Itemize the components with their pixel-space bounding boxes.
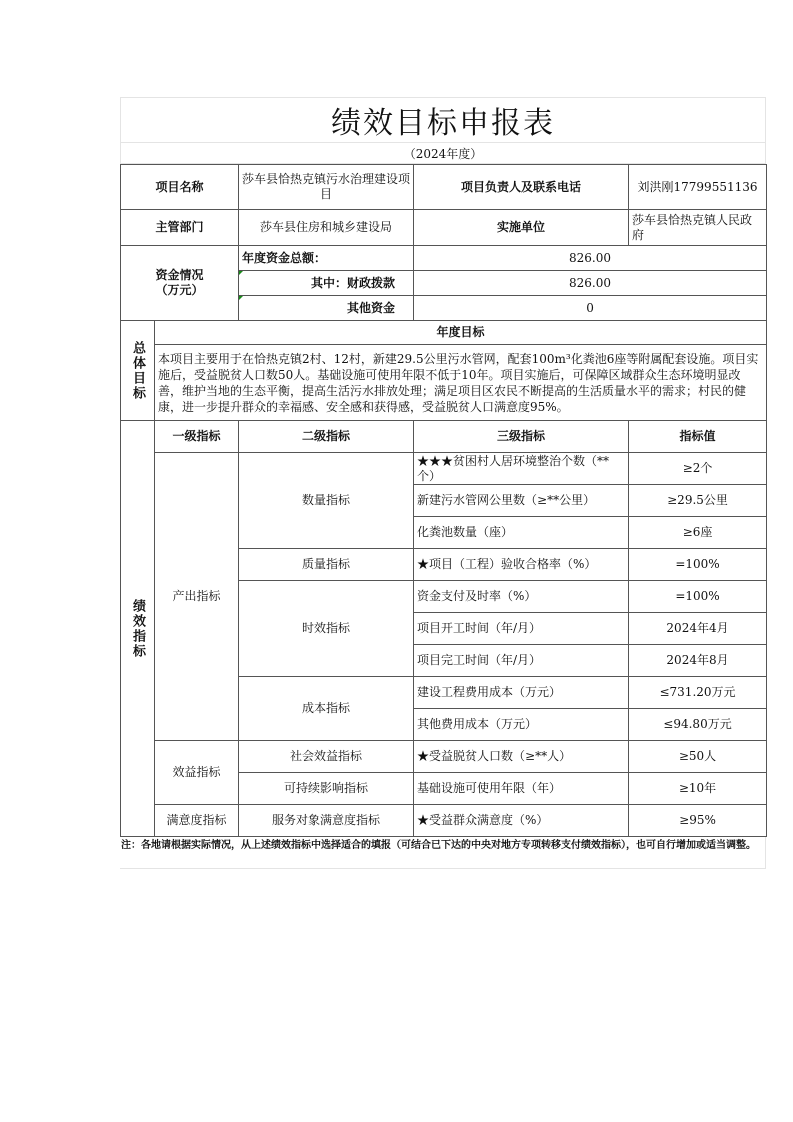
dept-row: 主管部门 莎车县住房和城乡建设局 实施单位 莎车县恰热克镇人民政府: [121, 210, 767, 246]
col-level3: 三级指标: [414, 421, 629, 453]
goal-text[interactable]: 本项目主要用于在恰热克镇2村、12村，新建29.5公里污水管网，配套100m³化…: [155, 345, 767, 421]
indicator-value[interactable]: 2024年8月: [629, 645, 767, 677]
indicator-header-row: 绩效指标 一级指标 二级指标 三级指标 指标值: [121, 421, 767, 453]
col-level2: 二级指标: [239, 421, 414, 453]
project-name-label: 项目名称: [121, 165, 239, 210]
indicator-name: 新建污水管网公里数（≥**公里）: [414, 485, 629, 517]
indicator-value[interactable]: ≥6座: [629, 517, 767, 549]
indicator-value[interactable]: ≥29.5公里: [629, 485, 767, 517]
indicator-value[interactable]: ≤94.80万元: [629, 709, 767, 741]
table-row: 满意度指标 服务对象满意度指标 ★受益群众满意度（%） ≥95%: [121, 805, 767, 837]
fund-fiscal-label: 其中：财政拨款: [239, 271, 414, 296]
indicator-value[interactable]: ≥10年: [629, 773, 767, 805]
project-row: 项目名称 莎车县恰热克镇污水治理建设项目 项目负责人及联系电话 刘洪刚17799…: [121, 165, 767, 210]
funds-label-text: 资金情况（万元）: [150, 268, 210, 298]
contact-value[interactable]: 刘洪刚17799551136: [629, 165, 767, 210]
level2-quantity: 数量指标: [239, 453, 414, 549]
indicator-name: 资金支付及时率（%）: [414, 581, 629, 613]
title-cell: 绩效目标申报表: [120, 97, 766, 142]
form-year: （2024年度）: [404, 145, 483, 162]
level1-output: 产出指标: [155, 453, 239, 741]
impl-value[interactable]: 莎车县恰热克镇人民政府: [629, 210, 767, 246]
goal-header: 年度目标: [155, 321, 767, 345]
indicator-name: 其他费用成本（万元）: [414, 709, 629, 741]
indicator-name: 化粪池数量（座）: [414, 517, 629, 549]
level1-satisfaction: 满意度指标: [155, 805, 239, 837]
funds-label: 资金情况（万元）: [121, 246, 239, 321]
level1-benefit: 效益指标: [155, 741, 239, 805]
indicator-name: 建设工程费用成本（万元）: [414, 677, 629, 709]
indicator-name: 基础设施可使用年限（年）: [414, 773, 629, 805]
table-row: 产出指标 数量指标 ★★★贫困村人居环境整治个数（**个） ≥2个: [121, 453, 767, 485]
indicator-name: ★★★贫困村人居环境整治个数（**个）: [414, 453, 629, 485]
indicator-value[interactable]: ≥2个: [629, 453, 767, 485]
level2-service-satisfaction: 服务对象满意度指标: [239, 805, 414, 837]
indicator-side-text: 绩效指标: [130, 599, 145, 659]
dept-value[interactable]: 莎车县住房和城乡建设局: [239, 210, 414, 246]
level2-quality: 质量指标: [239, 549, 414, 581]
goal-text-row: 本项目主要用于在恰热克镇2村、12村，新建29.5公里污水管网，配套100m³化…: [121, 345, 767, 421]
indicator-value[interactable]: =100%: [629, 581, 767, 613]
indicator-name: ★项目（工程）验收合格率（%）: [414, 549, 629, 581]
fund-total-row: 资金情况（万元） 年度资金总额： 826.00: [121, 246, 767, 271]
goal-side-text: 总体目标: [130, 341, 145, 401]
fund-fiscal-value[interactable]: 826.00: [414, 271, 767, 296]
indicator-value[interactable]: ≥95%: [629, 805, 767, 837]
indicator-name: ★受益脱贫人口数（≥**人）: [414, 741, 629, 773]
indicator-name: 项目开工时间（年/月）: [414, 613, 629, 645]
fund-total-label: 年度资金总额：: [239, 246, 414, 271]
footnote: 注：各地请根据实际情况，从上述绩效指标中选择适合的填报（可结合已下达的中央对地方…: [120, 837, 766, 869]
level2-timeliness: 时效指标: [239, 581, 414, 677]
level2-cost: 成本指标: [239, 677, 414, 741]
level2-sustainable: 可持续影响指标: [239, 773, 414, 805]
indicator-value[interactable]: ≥50人: [629, 741, 767, 773]
performance-goal-form: 绩效目标申报表 （2024年度） 项目名称 莎车县恰热克镇污水治理建设项目 项目…: [120, 97, 766, 869]
project-name-value[interactable]: 莎车县恰热克镇污水治理建设项目: [239, 165, 414, 210]
goal-header-row: 总体目标 年度目标: [121, 321, 767, 345]
level2-social: 社会效益指标: [239, 741, 414, 773]
form-title: 绩效目标申报表: [331, 98, 555, 142]
indicator-side-label: 绩效指标: [121, 421, 155, 837]
indicator-value[interactable]: =100%: [629, 549, 767, 581]
col-level1: 一级指标: [155, 421, 239, 453]
indicator-name: ★受益群众满意度（%）: [414, 805, 629, 837]
indicator-name: 项目完工时间（年/月）: [414, 645, 629, 677]
contact-label: 项目负责人及联系电话: [414, 165, 629, 210]
fund-total-value[interactable]: 826.00: [414, 246, 767, 271]
indicator-value[interactable]: 2024年4月: [629, 613, 767, 645]
fund-other-value[interactable]: 0: [414, 296, 767, 321]
impl-label: 实施单位: [414, 210, 629, 246]
dept-label: 主管部门: [121, 210, 239, 246]
col-value: 指标值: [629, 421, 767, 453]
form-table: 项目名称 莎车县恰热克镇污水治理建设项目 项目负责人及联系电话 刘洪刚17799…: [120, 164, 767, 837]
table-row: 效益指标 社会效益指标 ★受益脱贫人口数（≥**人） ≥50人: [121, 741, 767, 773]
subtitle-cell: （2024年度）: [120, 142, 766, 164]
fund-other-label: 其他资金: [239, 296, 414, 321]
goal-side-label: 总体目标: [121, 321, 155, 421]
indicator-value[interactable]: ≤731.20万元: [629, 677, 767, 709]
